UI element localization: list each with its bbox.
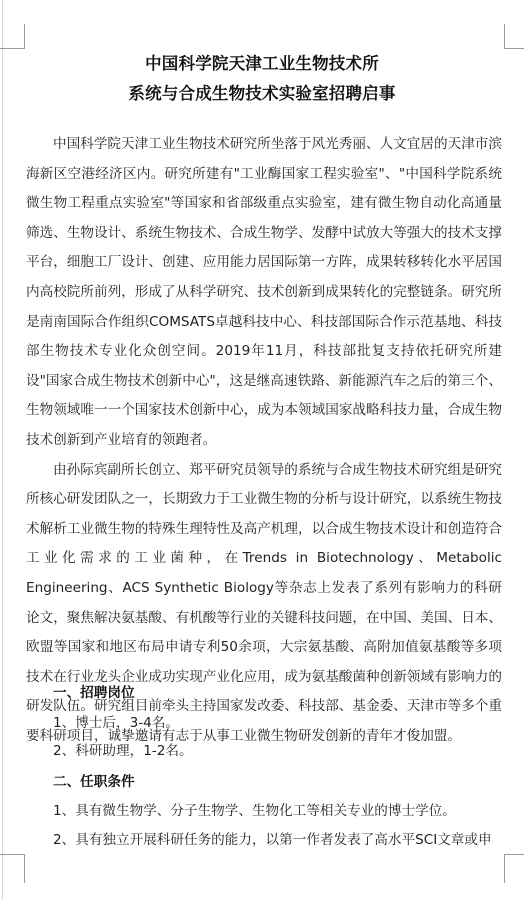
- page-edge-line: [2, 0, 3, 900]
- section-heading-positions: 一、招聘岗位: [53, 681, 135, 701]
- crop-mark-bottom-right: [504, 854, 524, 883]
- position-item-research-assistant: 2、科研助理，1-2名。: [53, 739, 193, 759]
- document-body: 中国科学院天津工业生物技术研究所坐落于风光秀丽、人文宜居的天津市滨海新区空港经济…: [26, 130, 502, 751]
- requirement-item-1: 1、具有微生物学、分子生物学、生物化工等相关专业的博士学位。: [53, 799, 456, 819]
- section-heading-requirements: 二、任职条件: [53, 770, 135, 790]
- position-item-postdoc: 1、博士后，3-4名。: [53, 711, 179, 731]
- crop-mark-top-right: [504, 24, 524, 49]
- document-title-line-1: 中国科学院天津工业生物技术所: [0, 50, 524, 74]
- paragraph-institute-intro: 中国科学院天津工业生物技术研究所坐落于风光秀丽、人文宜居的天津市滨海新区空港经济…: [26, 130, 502, 456]
- crop-mark-bottom-left: [0, 854, 25, 883]
- paragraph-research-group: 由孙际宾副所长创立、郑平研究员领导的系统与合成生物技术研究组是研究所核心研发团队…: [26, 456, 502, 752]
- requirement-item-2: 2、具有独立开展科研任务的能力，以第一作者发表了高水平SCI文章或申: [53, 828, 492, 848]
- document-title-line-2: 系统与合成生物技术实验室招聘启事: [0, 80, 524, 104]
- crop-mark-top-left: [0, 24, 25, 49]
